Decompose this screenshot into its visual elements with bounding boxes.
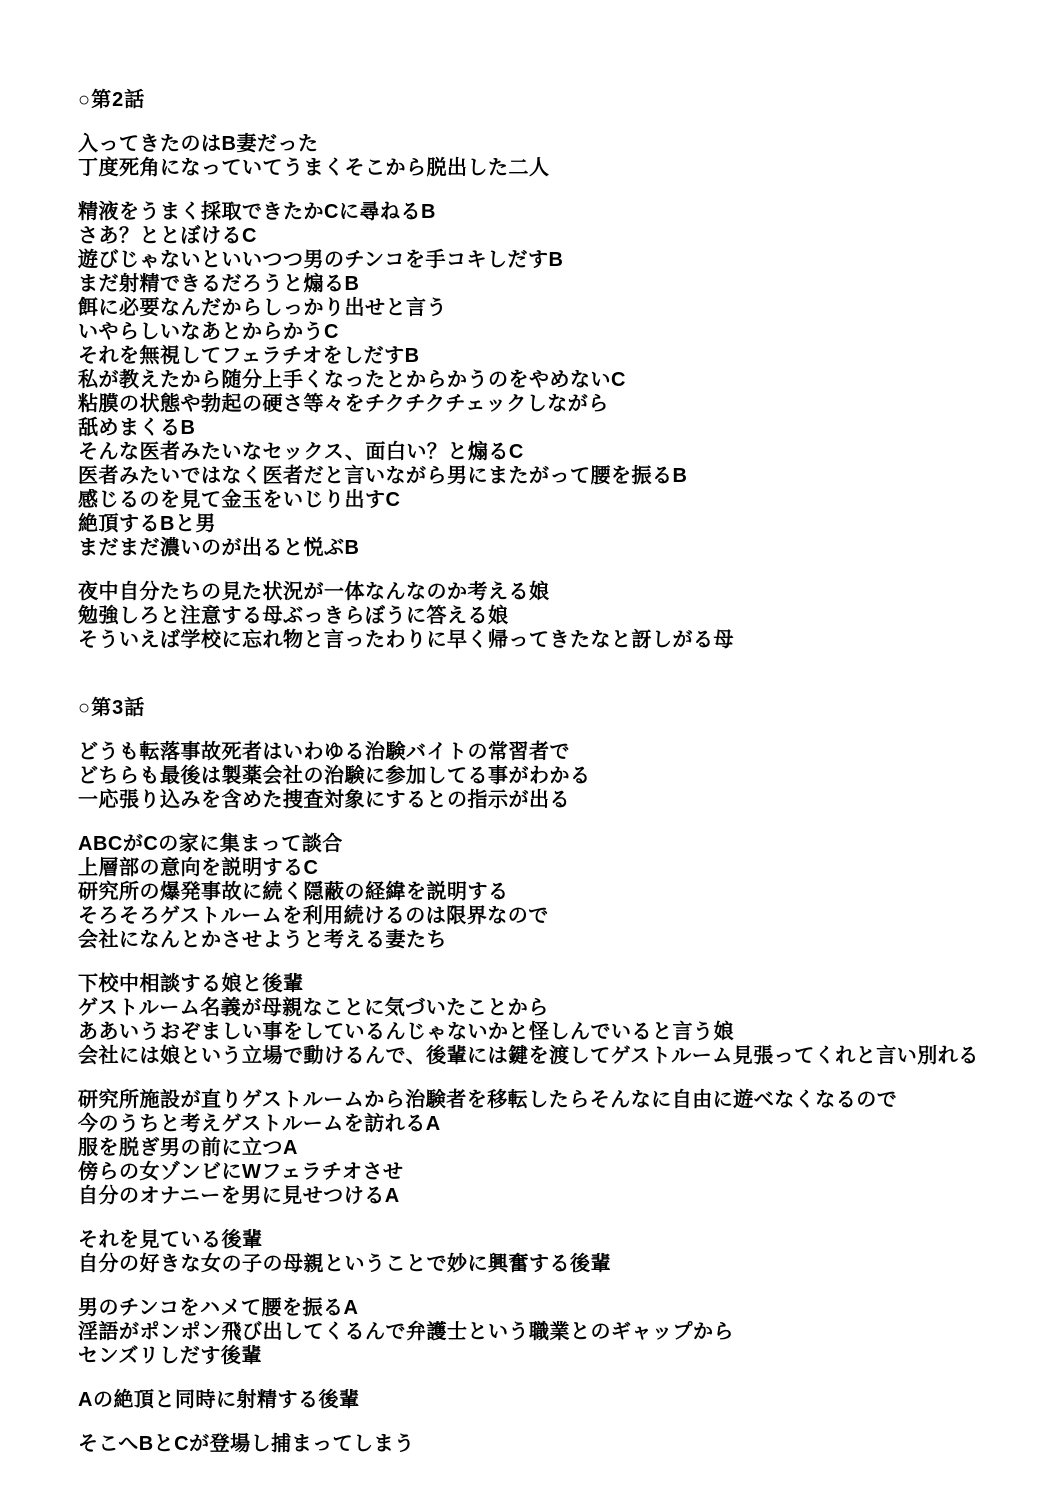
text-line: 上層部の意向を説明するC [78, 856, 978, 880]
text-line: それを無視してフェラチオをしだすB [78, 344, 978, 368]
text-line: 餌に必要なんだからしっかり出せと言う [78, 296, 978, 320]
text-line: ABCがCの家に集まって談合 [78, 832, 978, 856]
text-line: 今のうちと考えゲストルームを訪れるA [78, 1112, 978, 1136]
text-line: ああいうおぞましい事をしているんじゃないかと怪しんでいると言う娘 [78, 1020, 978, 1044]
text-line: そろそろゲストルームを利用続けるのは限界なので [78, 904, 978, 928]
text-line: 会社には娘という立場で動けるんで、後輩には鍵を渡してゲストルーム見張ってくれと言… [78, 1044, 978, 1068]
paragraph: それを見ている後輩 自分の好きな女の子の母親ということで妙に興奮する後輩 [78, 1228, 978, 1276]
paragraph: 入ってきたのはB妻だった 丁度死角になっていてうまくそこから脱出した二人 [78, 132, 978, 180]
text-line: まだ射精できるだろうと煽るB [78, 272, 978, 296]
document-page: ○第2話 入ってきたのはB妻だった 丁度死角になっていてうまくそこから脱出した二… [0, 0, 1058, 1500]
paragraph: 下校中相談する娘と後輩 ゲストルーム名義が母親なことに気づいたことから ああいう… [78, 972, 978, 1068]
text-line: 傍らの女ゾンビにWフェラチオさせ [78, 1160, 978, 1184]
paragraph: 男のチンコをハメて腰を振るA 淫語がポンポン飛び出してくるんで弁護士という職業と… [78, 1296, 978, 1368]
text-line: 男のチンコをハメて腰を振るA [78, 1296, 978, 1320]
text-line: まだまだ濃いのが出ると悦ぶB [78, 536, 978, 560]
text-line: 自分のオナニーを男に見せつけるA [78, 1184, 978, 1208]
text-line: そういえば学校に忘れ物と言ったわりに早く帰ってきたなと訝しがる母 [78, 628, 978, 652]
text-line: 研究所の爆発事故に続く隠蔽の経緯を説明する [78, 880, 978, 904]
text-line: ゲストルーム名義が母親なことに気づいたことから [78, 996, 978, 1020]
text-line: 入ってきたのはB妻だった [78, 132, 978, 156]
section-episode-2: ○第2話 入ってきたのはB妻だった 丁度死角になっていてうまくそこから脱出した二… [78, 88, 978, 652]
text-line: 舐めまくるB [78, 416, 978, 440]
text-line: 感じるのを見て金玉をいじり出すC [78, 488, 978, 512]
text-line: 絶頂するBと男 [78, 512, 978, 536]
text-line: Aの絶頂と同時に射精する後輩 [78, 1388, 978, 1412]
text-line: どうも転落事故死者はいわゆる治験バイトの常習者で [78, 740, 978, 764]
text-line: さあ？ととぼけるC [78, 224, 978, 248]
text-line: 私が教えたから随分上手くなったとからかうのをやめないC [78, 368, 978, 392]
text-line: センズリしだす後輩 [78, 1344, 978, 1368]
paragraph: そこへBとCが登場し捕まってしまう [78, 1432, 978, 1456]
text-line: 医者みたいではなく医者だと言いながら男にまたがって腰を振るB [78, 464, 978, 488]
text-line: どちらも最後は製薬会社の治験に参加してる事がわかる [78, 764, 978, 788]
text-line: そこへBとCが登場し捕まってしまう [78, 1432, 978, 1456]
text-line: 研究所施設が直りゲストルームから治験者を移転したらそんなに自由に遊べなくなるので [78, 1088, 978, 1112]
text-line: 会社になんとかさせようと考える妻たち [78, 928, 978, 952]
text-line: 服を脱ぎ男の前に立つA [78, 1136, 978, 1160]
paragraph: Aの絶頂と同時に射精する後輩 [78, 1388, 978, 1412]
section-episode-3: ○第3話 どうも転落事故死者はいわゆる治験バイトの常習者で どちらも最後は製薬会… [78, 696, 978, 1456]
text-line: 粘膜の状態や勃起の硬さ等々をチクチクチェックしながら [78, 392, 978, 416]
paragraph: ABCがCの家に集まって談合 上層部の意向を説明するC 研究所の爆発事故に続く隠… [78, 832, 978, 952]
text-line: 夜中自分たちの見た状況が一体なんなのか考える娘 [78, 580, 978, 604]
text-line: 遊びじゃないといいつつ男のチンコを手コキしだすB [78, 248, 978, 272]
text-line: 精液をうまく採取できたかCに尋ねるB [78, 200, 978, 224]
text-line: 一応張り込みを含めた捜査対象にするとの指示が出る [78, 788, 978, 812]
text-line: 下校中相談する娘と後輩 [78, 972, 978, 996]
text-line: それを見ている後輩 [78, 1228, 978, 1252]
text-line: 自分の好きな女の子の母親ということで妙に興奮する後輩 [78, 1252, 978, 1276]
paragraph: 精液をうまく採取できたかCに尋ねるB さあ？ととぼけるC 遊びじゃないといいつつ… [78, 200, 978, 560]
paragraph: 研究所施設が直りゲストルームから治験者を移転したらそんなに自由に遊べなくなるので… [78, 1088, 978, 1208]
text-line: 丁度死角になっていてうまくそこから脱出した二人 [78, 156, 978, 180]
text-line: いやらしいなあとからかうC [78, 320, 978, 344]
section-heading-episode-3: ○第3話 [78, 696, 978, 720]
text-line: そんな医者みたいなセックス、面白い？と煽るC [78, 440, 978, 464]
paragraph: どうも転落事故死者はいわゆる治験バイトの常習者で どちらも最後は製薬会社の治験に… [78, 740, 978, 812]
text-line: 勉強しろと注意する母ぶっきらぼうに答える娘 [78, 604, 978, 628]
text-line: 淫語がポンポン飛び出してくるんで弁護士という職業とのギャップから [78, 1320, 978, 1344]
section-heading-episode-2: ○第2話 [78, 88, 978, 112]
paragraph: 夜中自分たちの見た状況が一体なんなのか考える娘 勉強しろと注意する母ぶっきらぼう… [78, 580, 978, 652]
